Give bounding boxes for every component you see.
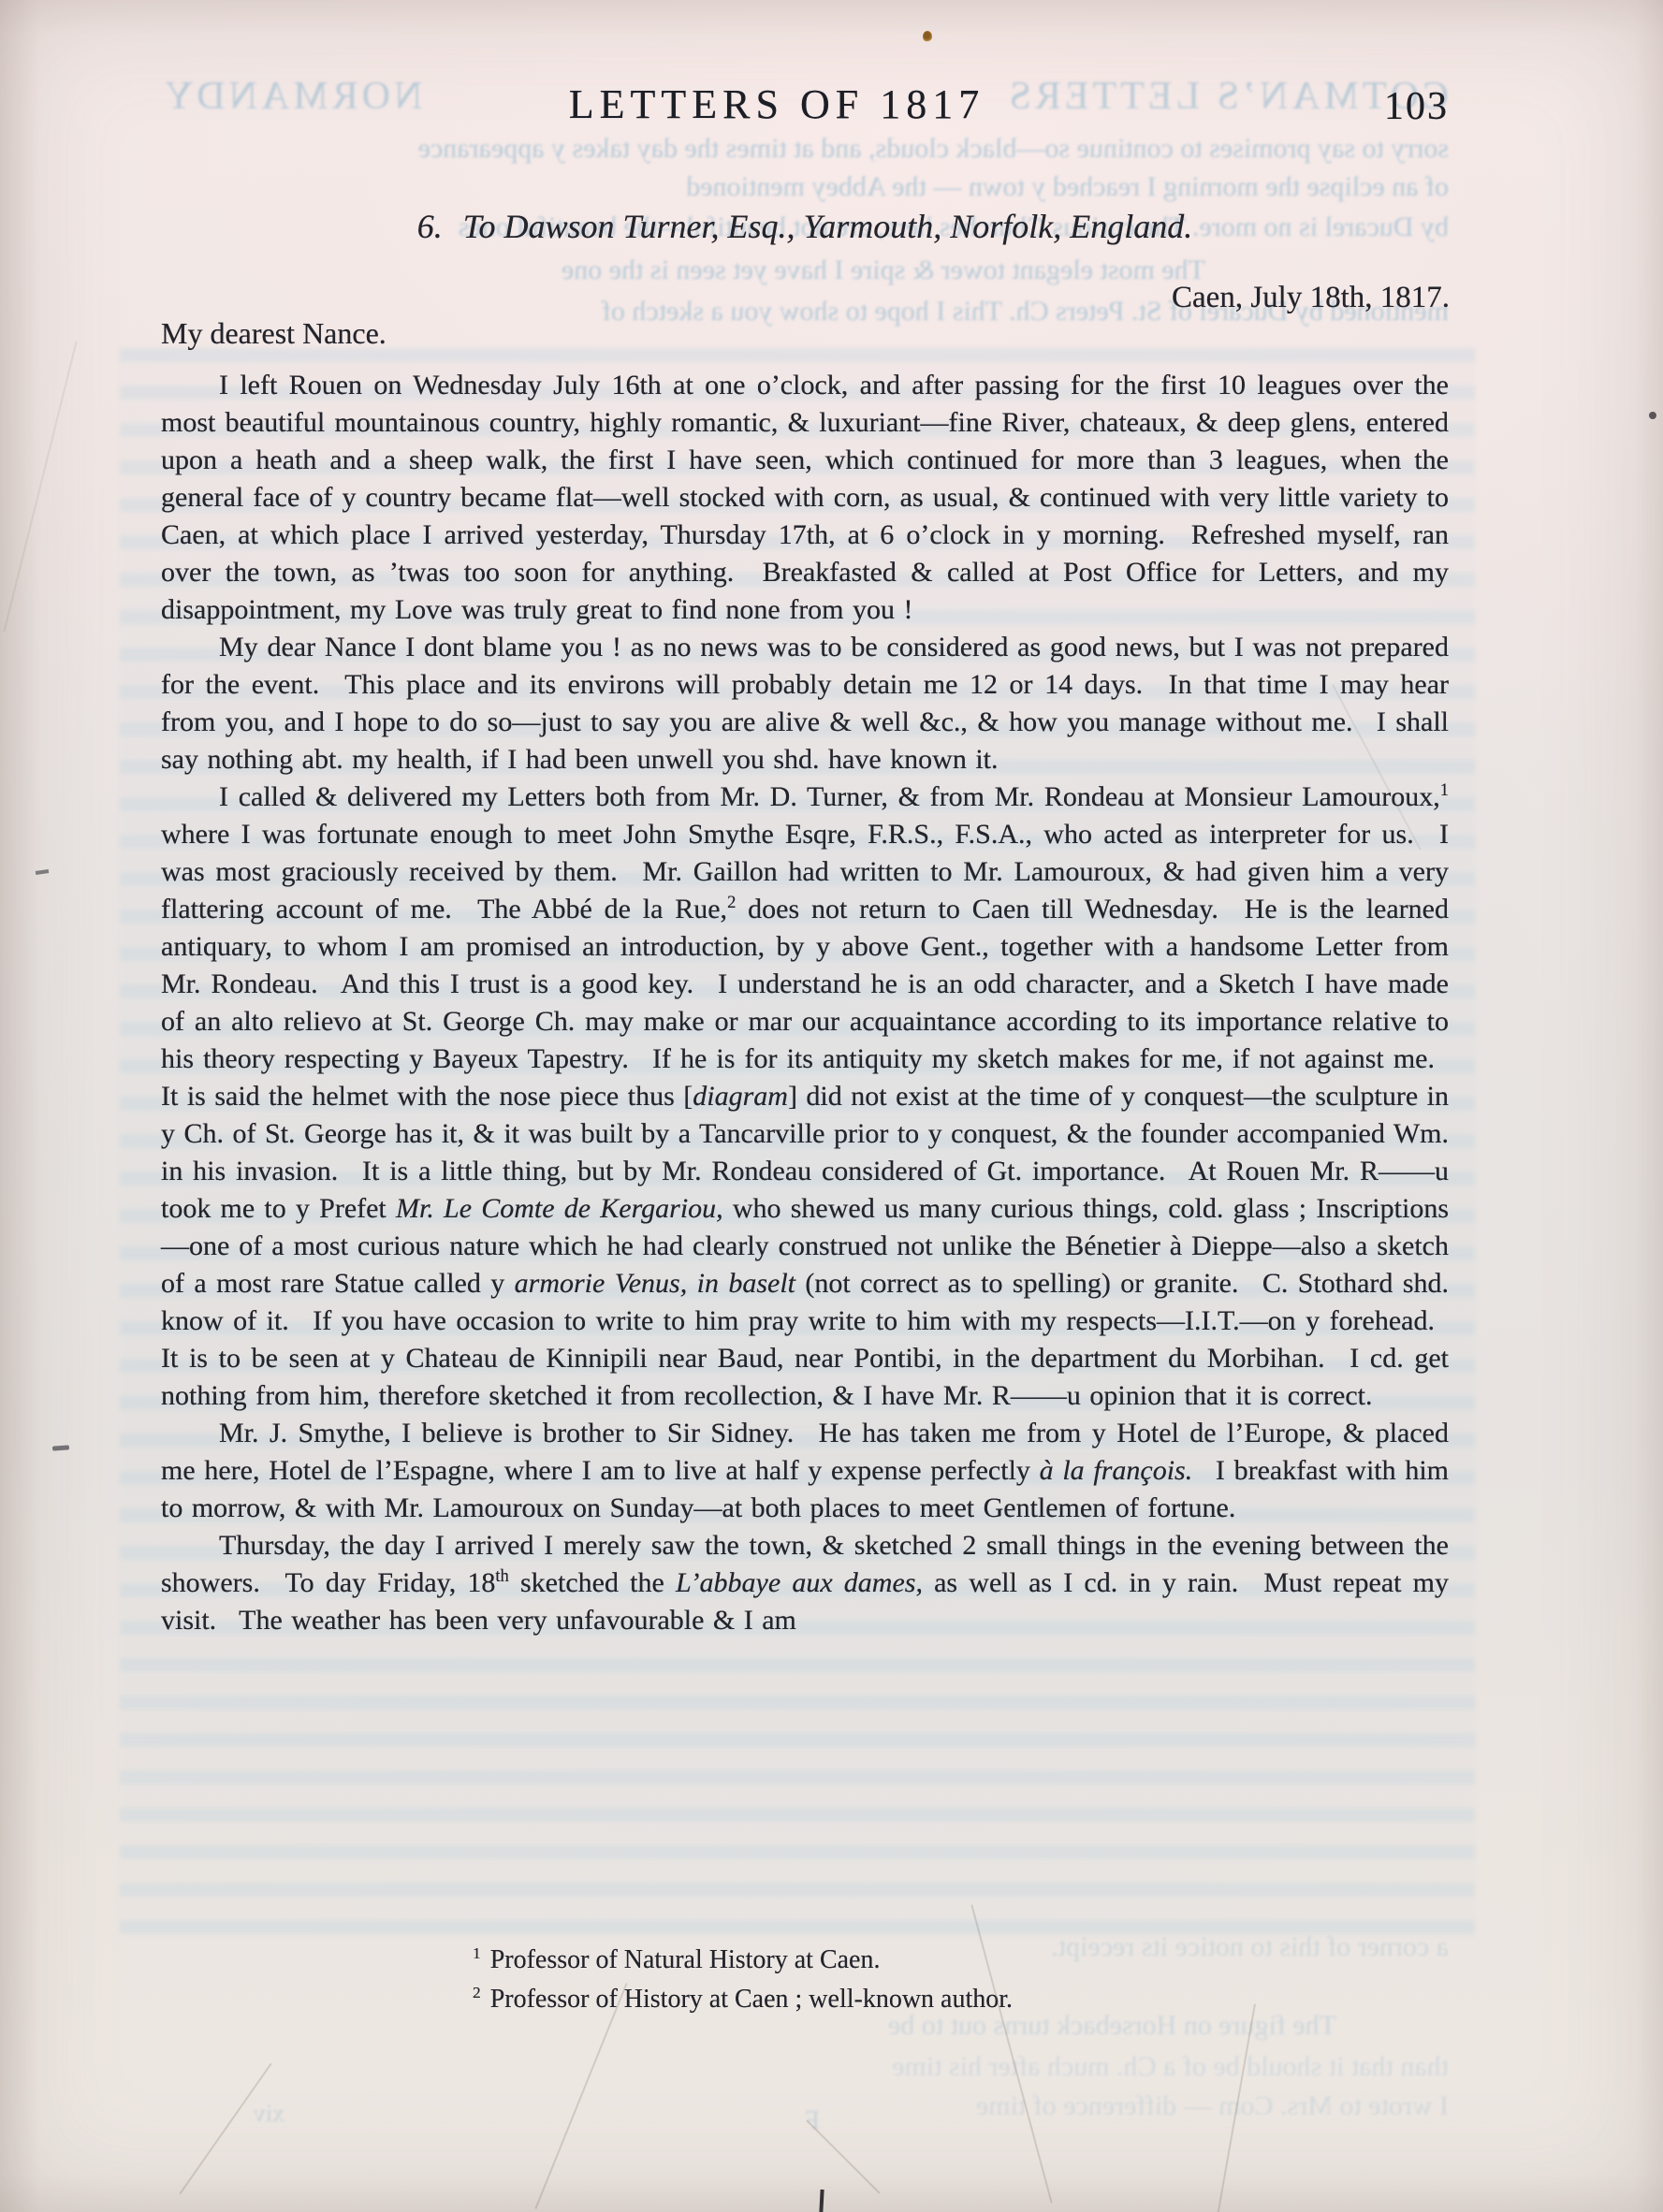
footnote-text: Professor of Natural History at Caen.: [490, 1945, 881, 1974]
paragraph: Thursday, the day I arrived I merely saw…: [161, 1527, 1449, 1639]
text-run: armorie Venus, in baselt: [515, 1268, 795, 1299]
footnote-marker: 1: [473, 1944, 481, 1962]
bleed-folio-numeral: xiv: [200, 2096, 284, 2132]
footnote: 1Professor of Natural History at Caen.: [473, 1941, 1408, 1980]
paragraph: My dear Nance I dont blame you ! as no n…: [161, 629, 1449, 779]
text-run: My dear Nance I dont blame you ! as no n…: [161, 632, 1449, 775]
footnotes: 1Professor of Natural History at Caen.2P…: [473, 1941, 1408, 2019]
book-page: COTMAN’S LETTERS NORMANDY sorry to say p…: [0, 0, 1663, 2212]
text-run: th: [495, 1566, 508, 1586]
paragraph: I left Rouen on Wednesday July 16th at o…: [161, 367, 1449, 629]
paragraph: Mr. J. Smythe, I believe is brother to S…: [161, 1415, 1449, 1527]
bleed-signature-mark: F: [764, 2103, 820, 2139]
dateline: Caen, July 18th, 1817.: [161, 279, 1450, 316]
text-run: does not return to Caen till Wednesday. …: [161, 894, 1449, 1112]
letter-recipient: To Dawson Turner, Esq., Yarmouth, Norfol…: [463, 208, 1193, 245]
letter-paragraphs: I left Rouen on Wednesday July 16th at o…: [161, 367, 1449, 1639]
paragraph: I called & delivered my Letters both fro…: [161, 779, 1449, 1415]
text-run: à la françois.: [1040, 1455, 1193, 1486]
text-run: I called & delivered my Letters both fro…: [219, 781, 1440, 812]
text-run: 1: [1440, 780, 1449, 800]
footnote: 2Professor of History at Caen ; well-kno…: [473, 1980, 1408, 2019]
bleed-text-line: of an eclipse the morning I reached y to…: [161, 169, 1449, 205]
footnote-text: Professor of History at Caen ; well-know…: [490, 1985, 1013, 2014]
text-run: L’abbaye aux dames,: [676, 1567, 923, 1598]
letter-number: 6.: [417, 208, 443, 245]
page-number: 103: [1097, 82, 1449, 131]
salutation: My dearest Nance.: [161, 314, 910, 352]
bleed-text-line: than that it should be of a Ch. much aft…: [161, 2049, 1449, 2085]
text-run: I left Rouen on Wednesday July 16th at o…: [161, 370, 1449, 625]
text-run: 2: [727, 893, 736, 912]
text-run: diagram: [693, 1081, 788, 1112]
text-run: Mr. Le Comte de Kergariou,: [396, 1193, 723, 1224]
footnote-marker: 2: [473, 1984, 481, 2001]
bleed-text-line: sorry to say promises to continue so—bla…: [161, 131, 1449, 167]
letter-heading: 6.To Dawson Turner, Esq., Yarmouth, Norf…: [161, 206, 1449, 247]
text-run: sketched the: [509, 1567, 676, 1598]
